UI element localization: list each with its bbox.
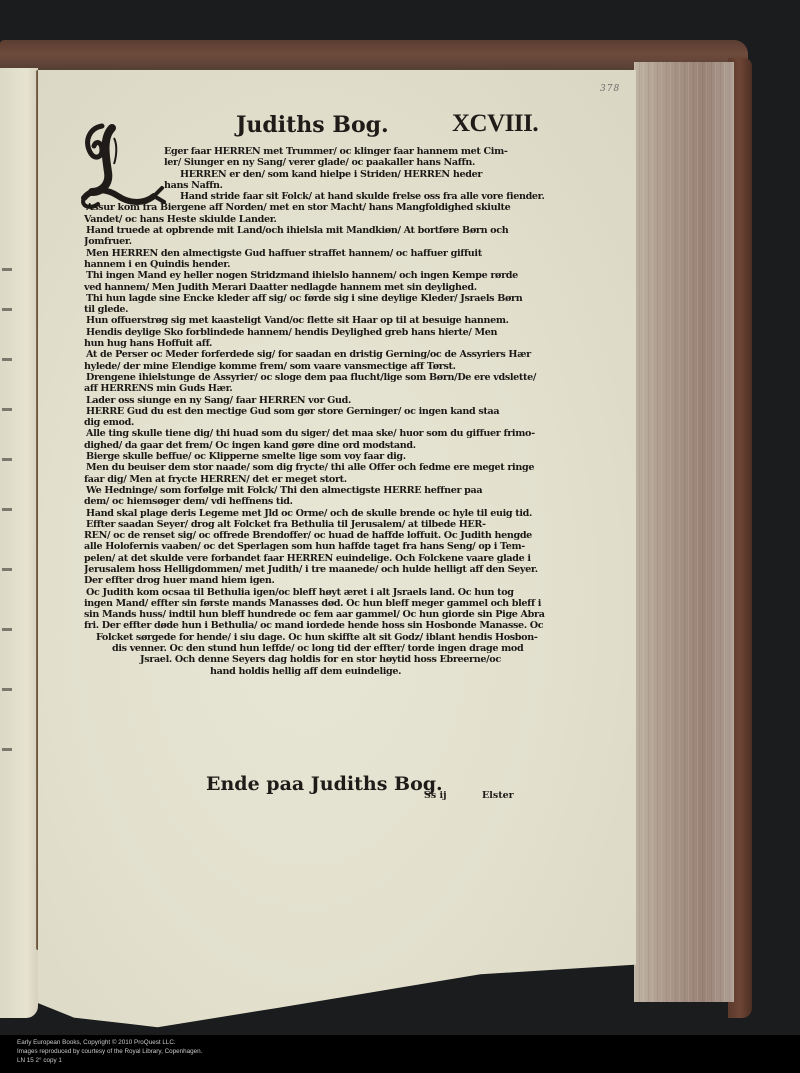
- running-head: Judiths Bog.: [236, 112, 389, 138]
- text-line: Eger faar HERREN met Trummer/ oc klinger…: [84, 146, 546, 157]
- pencil-folio-number: 378: [600, 84, 620, 94]
- text-line: hans Naffn.: [84, 180, 546, 191]
- text-line: Der effter drog huer mand hiem igen.: [84, 575, 546, 586]
- text-line: Effter saadan Seyer/ drog alt Folcket fr…: [84, 519, 546, 530]
- footer-courtesy: Images reproduced by courtesy of the Roy…: [17, 1048, 202, 1055]
- text-line: Hand stride faar sit Folck/ at hand skul…: [84, 191, 546, 202]
- text-line: hun hug hans Hoffuit aff.: [84, 338, 546, 349]
- page-number: XCVIII.: [452, 110, 538, 138]
- signature-mark: Ss ij: [424, 790, 447, 801]
- text-line: til glede.: [84, 304, 546, 315]
- text-line: sin Mands huss/ indtil hun bleff hundred…: [84, 609, 546, 620]
- catchword: Elster: [482, 790, 514, 801]
- left-page-text-fragment: [2, 268, 12, 271]
- text-line: Jerusalem hoss Helligdommen/ met Judith/…: [84, 564, 546, 575]
- text-line: Hand skal plage deris Legeme met Jld oc …: [84, 508, 546, 519]
- text-line: We Hedninge/ som forfølge mit Folck/ Thi…: [84, 485, 546, 496]
- text-line: Jomfruer.: [84, 236, 546, 247]
- left-page-text-fragment: [2, 688, 12, 691]
- left-page-text-fragment: [2, 628, 12, 631]
- colophon: Ende paa Judiths Bog.: [206, 773, 443, 795]
- footer-copyright: Early European Books, Copyright © 2010 P…: [17, 1039, 176, 1046]
- text-line: Assur kom fra Biergene aff Norden/ met e…: [84, 202, 546, 213]
- text-line: hand holdis hellig aff dem euindelige.: [84, 666, 546, 677]
- text-line: faar dig/ Men at frycte HERREN/ det er m…: [84, 474, 546, 485]
- text-line: dig emod.: [84, 417, 546, 428]
- left-page-text-fragment: [2, 568, 12, 571]
- text-line: dem/ oc hiemsøger dem/ vdi heffnens tid.: [84, 496, 546, 507]
- text-line: Hendis deylige Sko forblindede hannem/ h…: [84, 327, 546, 338]
- page-fore-edge: [634, 62, 734, 1002]
- text-line: Men du beuiser dem stor naade/ som dig f…: [84, 462, 546, 473]
- text-line: ved hannem/ Men Judith Merari Daatter ne…: [84, 282, 546, 293]
- text-line: Hun offuerstrøg sig met kaasteligt Vand/…: [84, 315, 546, 326]
- left-page-text-fragment: [2, 748, 12, 751]
- text-line: ler/ Siunger en ny Sang/ verer glade/ oc…: [84, 157, 546, 168]
- text-line: hannem i en Quindis hender.: [84, 259, 546, 270]
- text-line: dighed/ da gaar det frem/ Oc ingen kand …: [84, 440, 546, 451]
- text-line: Lader oss siunge en ny Sang/ faar HERREN…: [84, 395, 546, 406]
- text-line: HERRE Gud du est den mectige Gud som gør…: [84, 406, 546, 417]
- text-line: Jsrael. Och denne Seyers dag holdis for …: [84, 654, 546, 665]
- left-page-text-fragment: [2, 308, 12, 311]
- left-page-edge: [0, 68, 38, 1018]
- text-line: Men HERREN den almectigste Gud haffuer s…: [84, 248, 546, 259]
- body-text: Eger faar HERREN met Trummer/ oc klinger…: [84, 146, 546, 677]
- left-page-text-fragment: [2, 458, 12, 461]
- text-line: HERREN er den/ som kand hielpe i Striden…: [84, 169, 546, 180]
- text-line: Hand truede at opbrende mit Land/och ihi…: [84, 225, 546, 236]
- text-line: hylede/ der mine Elendige komme frem/ so…: [84, 361, 546, 372]
- text-line: pelen/ at det skulde vere forbandet faar…: [84, 553, 546, 564]
- text-line: Thi hun lagde sine Encke kleder aff sig/…: [84, 293, 546, 304]
- text-line: ingen Mand/ effter sin første mands Mana…: [84, 598, 546, 609]
- text-line: aff HERRENS min Guds Hær.: [84, 383, 546, 394]
- text-line: REN/ oc de renset sig/ oc offrede Brendo…: [84, 530, 546, 541]
- left-page-text-fragment: [2, 408, 12, 411]
- text-line: dis venner. Oc den stund hun leffde/ oc …: [84, 643, 546, 654]
- text-line: Bierge skulle beffue/ oc Klipperne smelt…: [84, 451, 546, 462]
- copyright-footer: Early European Books, Copyright © 2010 P…: [0, 1035, 800, 1073]
- text-line: Alle ting skulle tiene dig/ thi huad som…: [84, 428, 546, 439]
- text-line: Thi ingen Mand ey heller nogen Stridzman…: [84, 270, 546, 281]
- text-line: Vandet/ oc hans Heste skiulde Lander.: [84, 214, 546, 225]
- text-line: Folcket sørgede for hende/ i siu dage. O…: [84, 632, 546, 643]
- text-line: fri. Der effter døde hun i Bethulia/ oc …: [84, 620, 546, 631]
- left-page-text-fragment: [2, 508, 12, 511]
- text-line: At de Perser oc Meder forferdede sig/ fo…: [84, 349, 546, 360]
- left-page-text-fragment: [2, 358, 12, 361]
- footer-shelfmark: LN 15 2° copy 1: [17, 1057, 62, 1064]
- text-line: alle Holofernis vaaben/ oc det Sperlagen…: [84, 541, 546, 552]
- text-line: Oc Judith kom ocsaa til Bethulia igen/oc…: [84, 587, 546, 598]
- text-line: Drengene ihielstunge de Assyrier/ oc slo…: [84, 372, 546, 383]
